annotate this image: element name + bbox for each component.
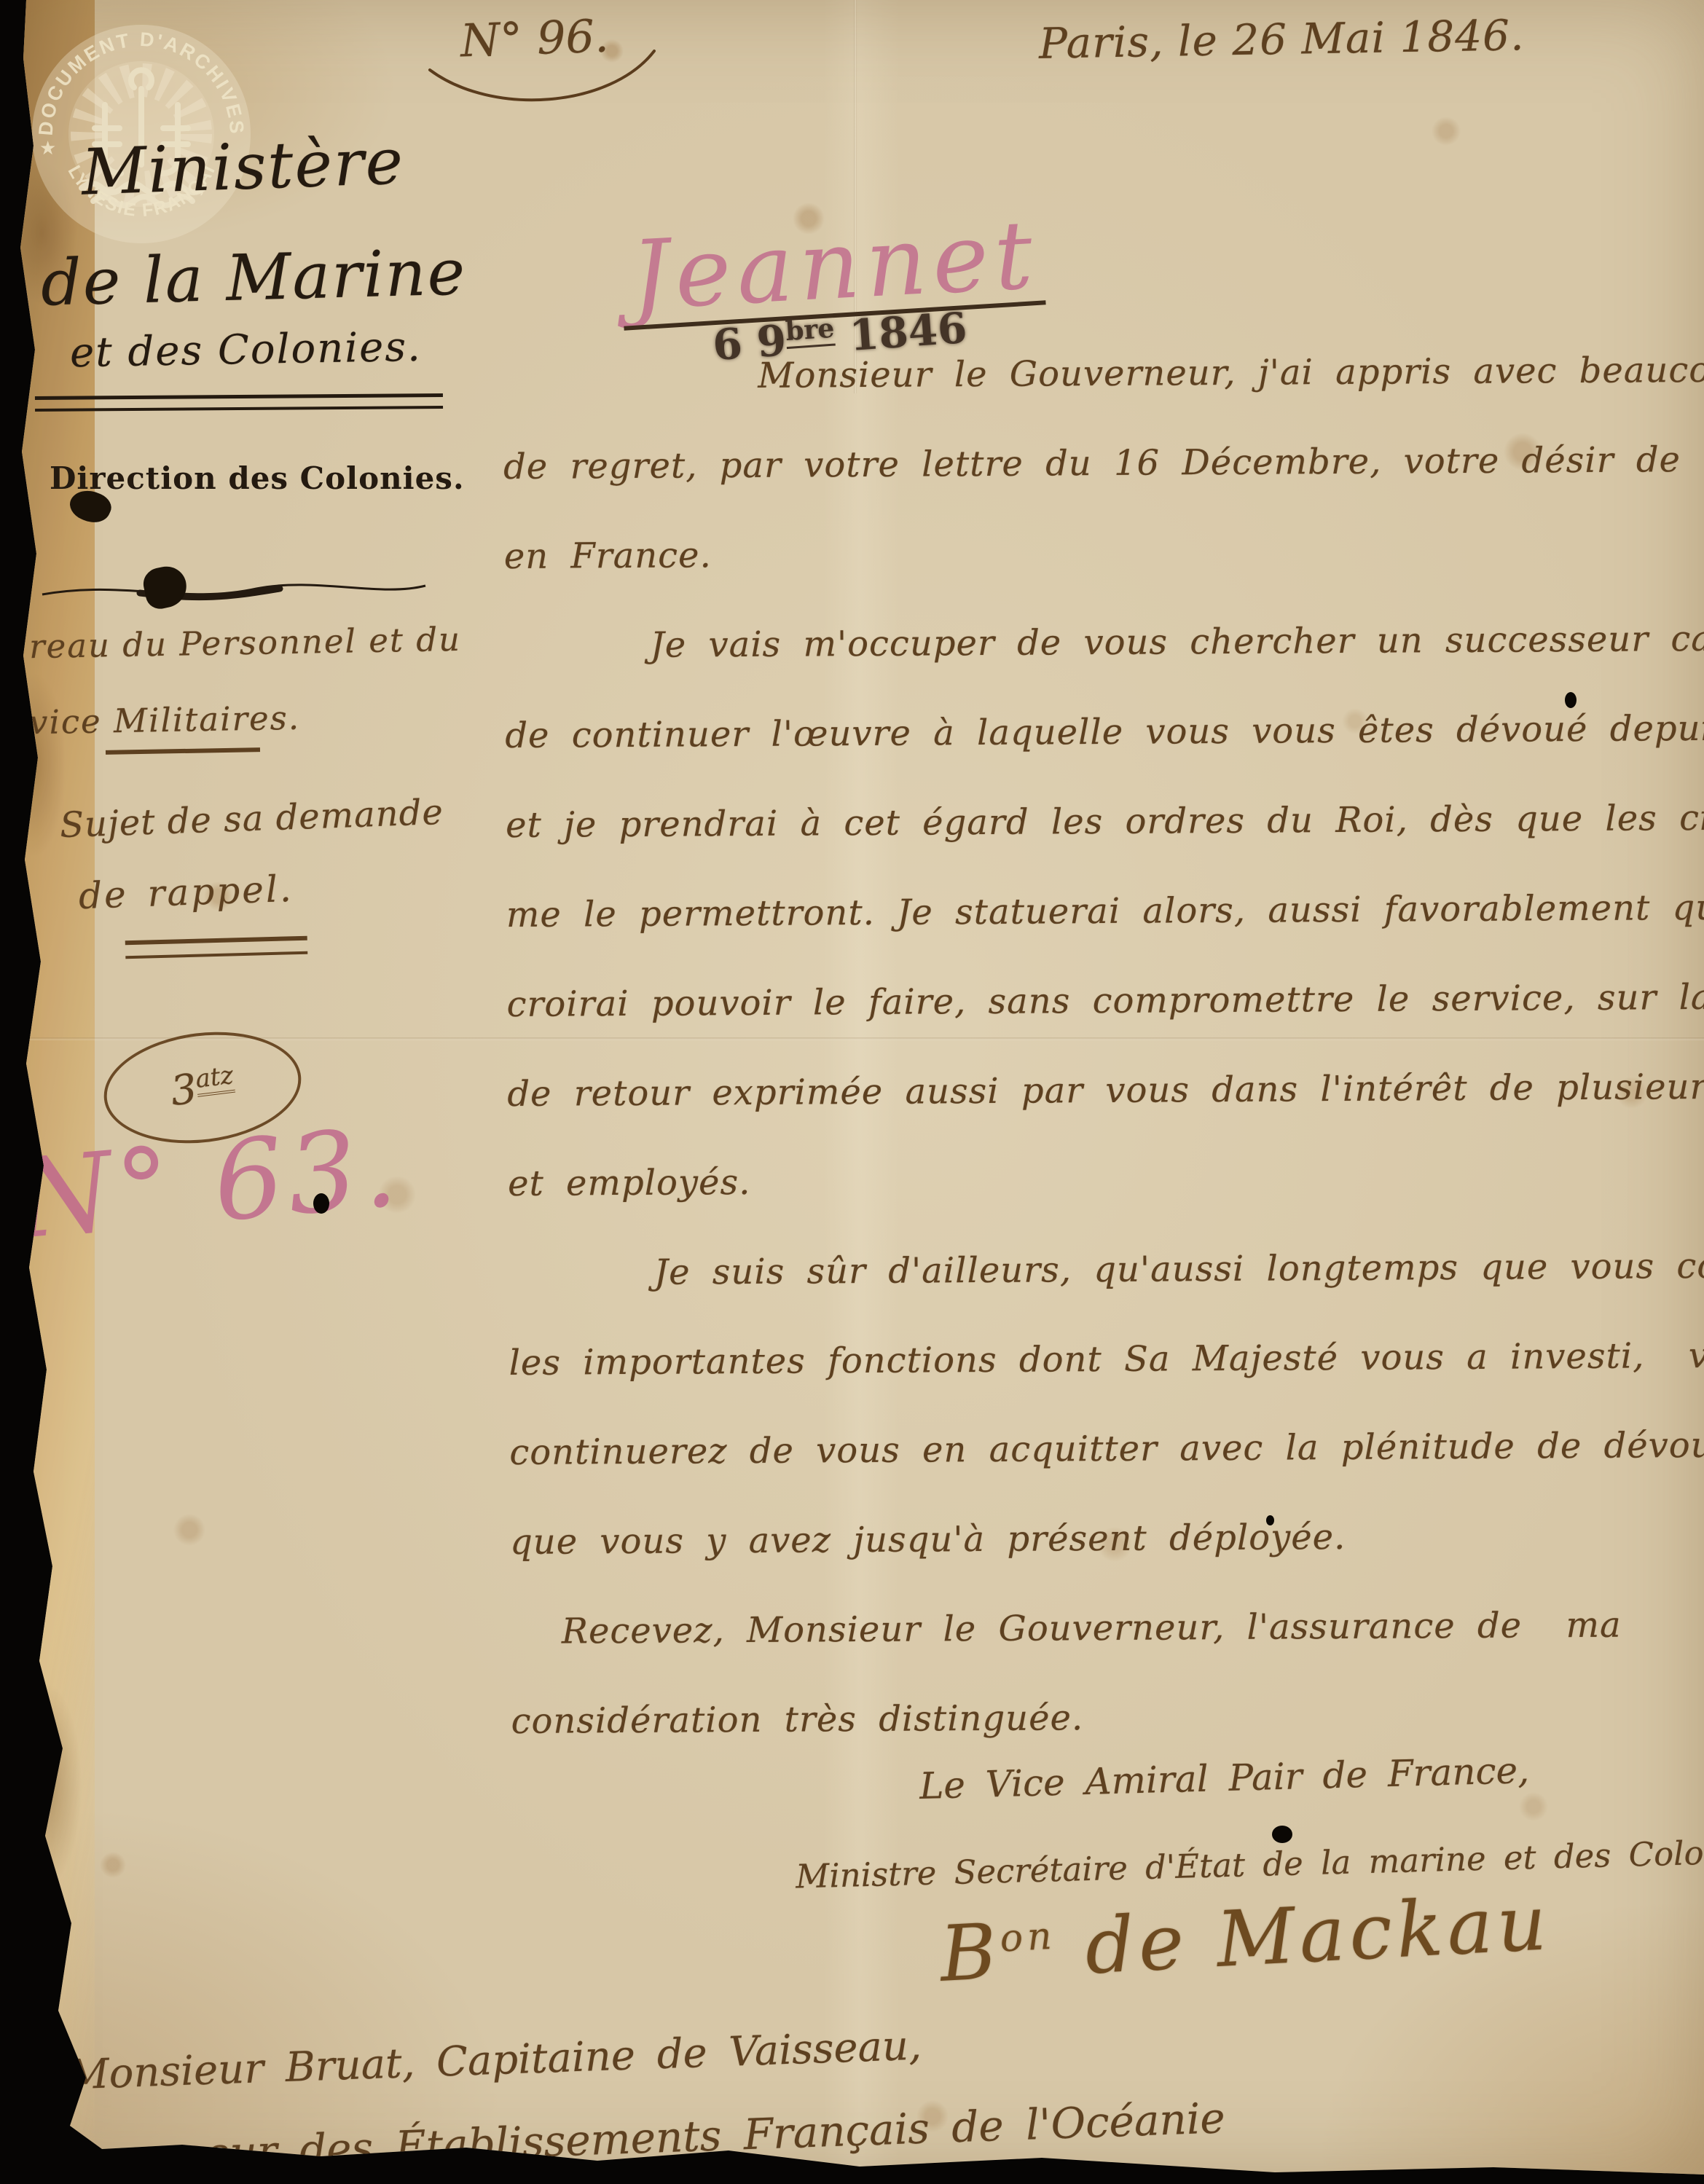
- bureau-line-1: reau du Personnel et du: [29, 620, 462, 666]
- doc-number-flourish: [423, 38, 663, 118]
- signer-title-line-2: Ministre Secrétaire d'État de la marine …: [796, 1831, 1704, 1896]
- body-line: de retour exprimée aussi par vous dans l…: [507, 1046, 1704, 1143]
- body-line: et je prendrai à cet égard les ordres du…: [506, 777, 1704, 874]
- bureau-line-2: vice Militaires.: [29, 699, 301, 742]
- subject-line-2: de rappel.: [78, 868, 294, 917]
- body-line: Je suis sûr d'ailleurs, qu'aussi longtem…: [509, 1225, 1704, 1322]
- body-line: Monsieur le Gouverneur, j'ai appris avec…: [503, 329, 1704, 426]
- punch-hole: [1272, 1826, 1292, 1843]
- body-line: de continuer l'œuvre à laquelle vous vou…: [505, 688, 1704, 785]
- letterhead-line-2: de la Marine: [40, 235, 468, 320]
- paper-sheet: DOCUMENT D'ARCHIVES POLYNESIE FRANÇAISE …: [0, 0, 1704, 2184]
- body-line: en France.: [504, 508, 1704, 605]
- body-line: Recevez, Monsieur le Gouverneur, l'assur…: [511, 1584, 1704, 1681]
- direction-heading: Direction des Colonies.: [50, 460, 465, 496]
- section-swash-divider: [38, 574, 431, 606]
- recipient-line-1: Monsieur Bruat, Capitaine de Vaisseau,: [66, 2022, 922, 2099]
- letter-body: Monsieur le Gouverneur, j'ai appris avec…: [503, 329, 1704, 1770]
- body-line: les importantes fonctions dont Sa Majest…: [509, 1315, 1704, 1412]
- punch-hole: [1266, 1515, 1274, 1525]
- recipient-line-2: Gouverneur des Établissements Français d…: [21, 2093, 1225, 2184]
- letterhead-divider-rule: [35, 393, 443, 412]
- torn-binding-edge: [13, 0, 95, 2184]
- bureau-rule: [106, 747, 260, 755]
- body-line: que vous y avez jusqu'à présent déployée…: [510, 1494, 1704, 1591]
- stamp-star-icon: ★: [39, 137, 56, 159]
- place-date: Paris, le 26 Mai 1846.: [1038, 10, 1525, 68]
- subject-rule: [125, 936, 308, 959]
- signature-initial: B: [938, 1907, 1002, 1999]
- body-line: me le permettront. Je statuerai alors, a…: [506, 867, 1704, 964]
- punch-hole: [313, 1193, 329, 1214]
- body-line: continuerez de vous en acquitter avec la…: [509, 1405, 1704, 1501]
- letterhead-line-3: et des Colonies.: [69, 323, 422, 377]
- letterhead-line-1: Ministère: [80, 124, 405, 209]
- body-line: Je vais m'occuper de vous chercher un su…: [504, 598, 1704, 695]
- signature-name: de Mackau: [1054, 1878, 1552, 1992]
- body-line: et employés.: [508, 1136, 1704, 1233]
- signature: Bon de Mackau: [938, 1878, 1552, 1999]
- punch-hole: [1565, 692, 1577, 708]
- body-line: croirai pouvoir le faire, sans compromet…: [506, 957, 1704, 1053]
- signature-superscript: on: [999, 1914, 1057, 1961]
- office-annotation-suffix: atz: [194, 1061, 235, 1097]
- body-line: de regret, par votre lettre du 16 Décemb…: [503, 419, 1704, 516]
- scanned-letter-page: DOCUMENT D'ARCHIVES POLYNESIE FRANÇAISE …: [0, 0, 1704, 2184]
- subject-line-1: Sujet de sa demande: [59, 792, 444, 846]
